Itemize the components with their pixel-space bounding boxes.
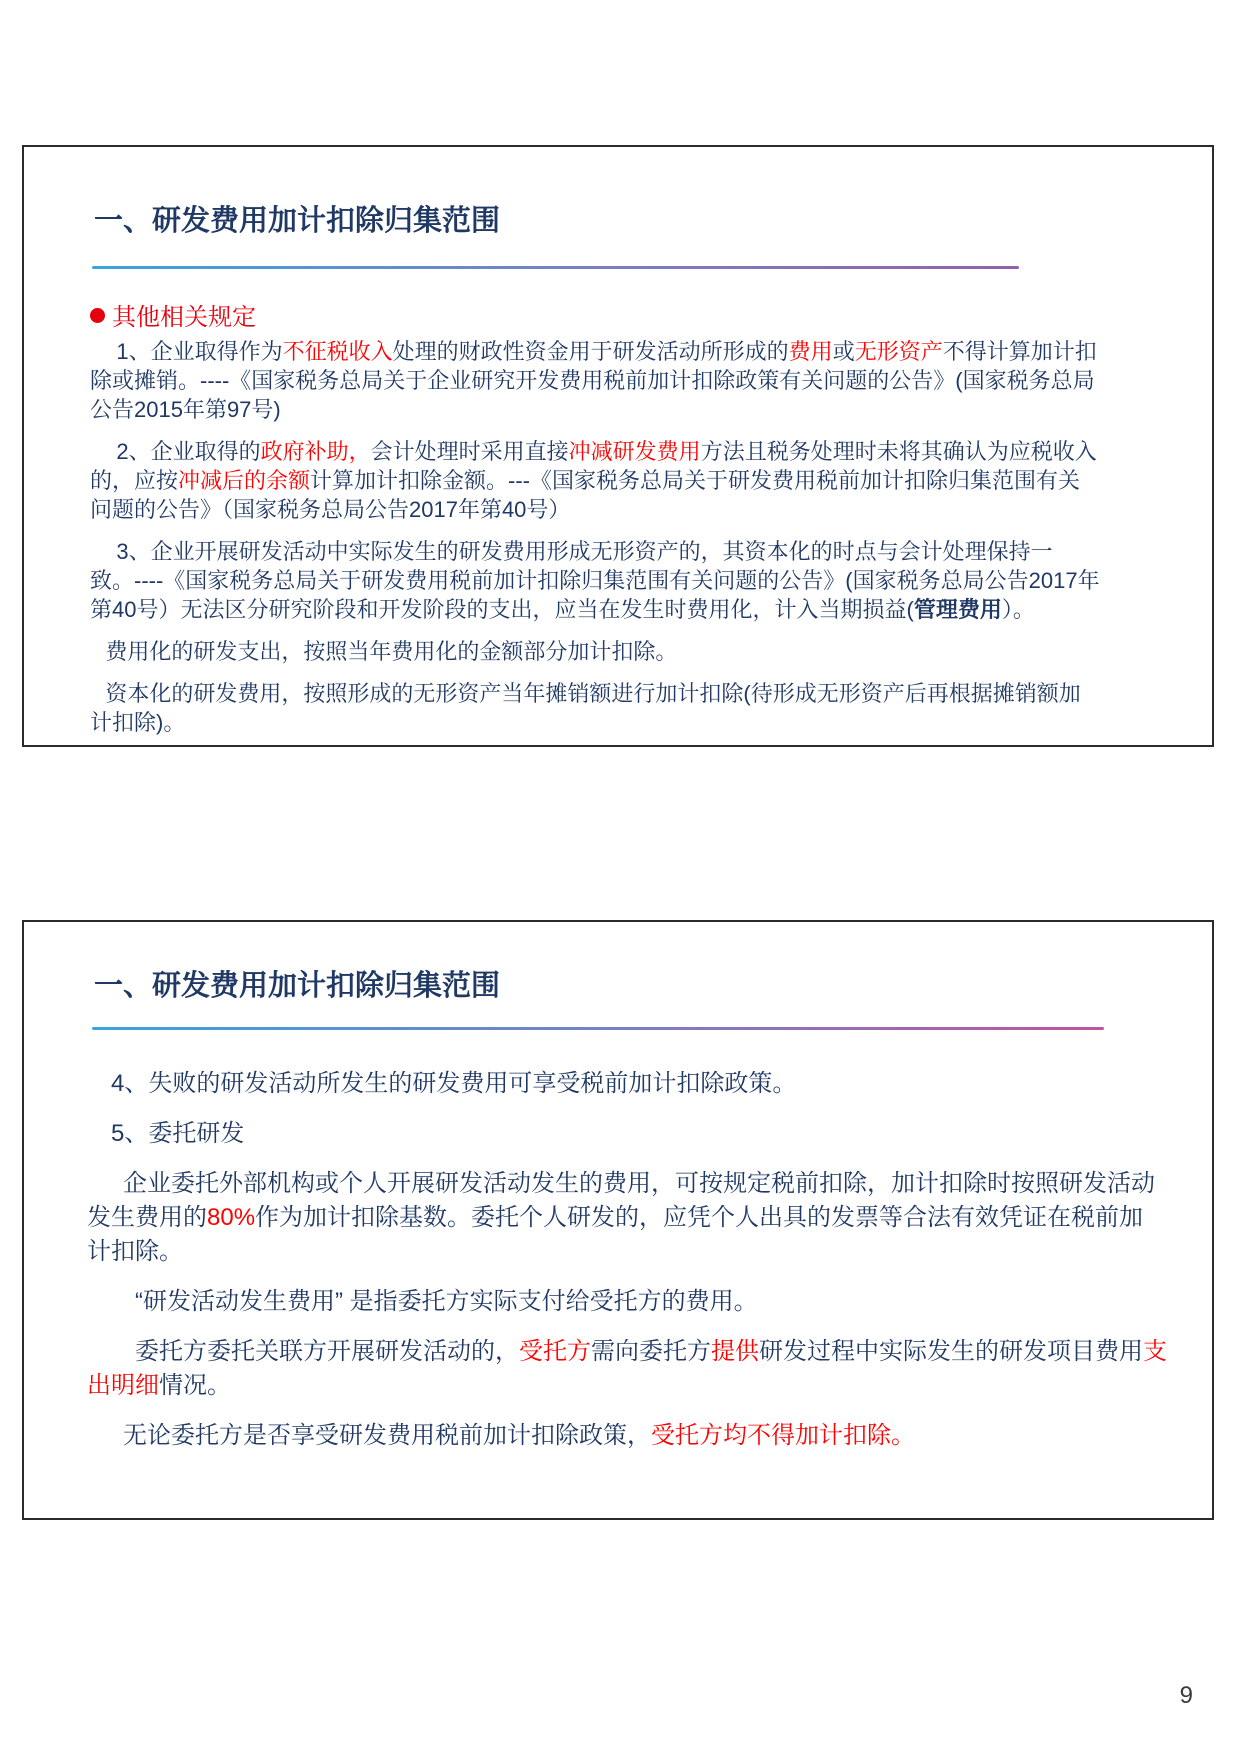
title-divider-gradient — [92, 266, 1019, 269]
paragraph-rule-3: 3、企业开展研发活动中实际发生的研发费用形成无形资产的，其资本化的时点与会计处理… — [90, 537, 1100, 624]
text-segment: 1、企业取得作为 — [116, 339, 282, 364]
slide-2-title: 一、研发费用加计扣除归集范围 — [94, 970, 500, 1003]
highlight-text: 费用 — [789, 339, 833, 364]
paragraph-rule-1: 1、企业取得作为不征税收入处理的财政性资金用于研发活动所形成的费用或无形资产不得… — [90, 337, 1100, 424]
text-segment: 费用化的研发支出，按照当年费用化的金额部分加计扣除。 — [105, 639, 677, 664]
paragraph-rule-5: 5、委托研发 — [87, 1117, 1167, 1151]
text-segment: 需向委托方 — [591, 1338, 711, 1365]
highlight-text: 受托方均不得加计扣除。 — [651, 1422, 915, 1449]
highlight-text: 80% — [207, 1204, 255, 1231]
paragraph-trustee-no-deduction: 无论委托方是否享受研发费用税前加计扣除政策，受托方均不得加计扣除。 — [87, 1419, 1167, 1453]
paragraph-related-party: 委托方委托关联方开展研发活动的，受托方需向委托方提供研发过程中实际发生的研发项目… — [87, 1335, 1167, 1403]
text-segment: 情况。 — [159, 1372, 231, 1399]
section-header: 其他相关规定 — [90, 297, 256, 332]
text-segment: 5、委托研发 — [111, 1120, 244, 1147]
paragraph-definition: “研发活动发生费用” 是指委托方实际支付给受托方的费用。 — [87, 1285, 1167, 1319]
slide-1: 一、研发费用加计扣除归集范围 其他相关规定 1、企业取得作为不征税收入处理的财政… — [22, 145, 1214, 747]
highlight-text: 提供 — [711, 1338, 759, 1365]
highlight-text: 受托方 — [519, 1338, 591, 1365]
slide-1-content: 1、企业取得作为不征税收入处理的财政性资金用于研发活动所形成的费用或无形资产不得… — [90, 337, 1100, 747]
text-segment: 委托方委托关联方开展研发活动的， — [135, 1338, 519, 1365]
slide-2: 一、研发费用加计扣除归集范围 4、失败的研发活动所发生的研发费用可享受税前加计扣… — [22, 920, 1214, 1520]
slide-1-title: 一、研发费用加计扣除归集范围 — [94, 205, 500, 238]
paragraph-rule-2: 2、企业取得的政府补助，会计处理时采用直接冲减研发费用方法且税务处理时未将其确认… — [90, 437, 1100, 524]
text-segment: 研发过程中实际发生的研发项目费用 — [759, 1338, 1143, 1365]
title-divider-gradient — [92, 1027, 1104, 1030]
text-segment: “研发活动发生费用” 是指委托方实际支付给受托方的费用。 — [135, 1288, 758, 1315]
text-segment: 处理的财政性资金用于研发活动所形成的 — [393, 339, 789, 364]
text-segment: 管理费用 — [914, 597, 1002, 622]
highlight-text: 无形资产 — [855, 339, 943, 364]
section-header-label: 其他相关规定 — [112, 304, 256, 331]
text-segment: ）。 — [1002, 597, 1035, 622]
highlight-text: 不征税收入 — [283, 339, 393, 364]
slide-2-content: 4、失败的研发活动所发生的研发费用可享受税前加计扣除政策。 5、委托研发 企业委… — [87, 1067, 1167, 1469]
text-segment: 或 — [833, 339, 855, 364]
text-segment: 会计处理时采用直接 — [371, 439, 569, 464]
paragraph-rule-4: 4、失败的研发活动所发生的研发费用可享受税前加计扣除政策。 — [87, 1067, 1167, 1101]
text-segment: 无论委托方是否享受研发费用税前加计扣除政策， — [123, 1422, 651, 1449]
text-segment: 资本化的研发费用，按照形成的无形资产当年摊销额进行加计扣除(待形成无形资产后再根… — [90, 681, 1081, 735]
bullet-dot-icon — [90, 308, 105, 323]
text-segment: 2、企业取得的 — [116, 439, 260, 464]
highlight-text: 冲减后的余额 — [178, 468, 310, 493]
paragraph-expensed: 费用化的研发支出，按照当年费用化的金额部分加计扣除。 — [90, 637, 1100, 666]
highlight-text: 冲减研发费用 — [569, 439, 701, 464]
highlight-text: 政府补助， — [261, 439, 371, 464]
paragraph-entrusted-rd: 企业委托外部机构或个人开展研发活动发生的费用，可按规定税前扣除，加计扣除时按照研… — [87, 1167, 1167, 1269]
paragraph-capitalized: 资本化的研发费用，按照形成的无形资产当年摊销额进行加计扣除(待形成无形资产后再根… — [90, 679, 1100, 737]
text-segment: 4、失败的研发活动所发生的研发费用可享受税前加计扣除政策。 — [111, 1070, 796, 1097]
page-number: 9 — [1180, 1682, 1193, 1710]
